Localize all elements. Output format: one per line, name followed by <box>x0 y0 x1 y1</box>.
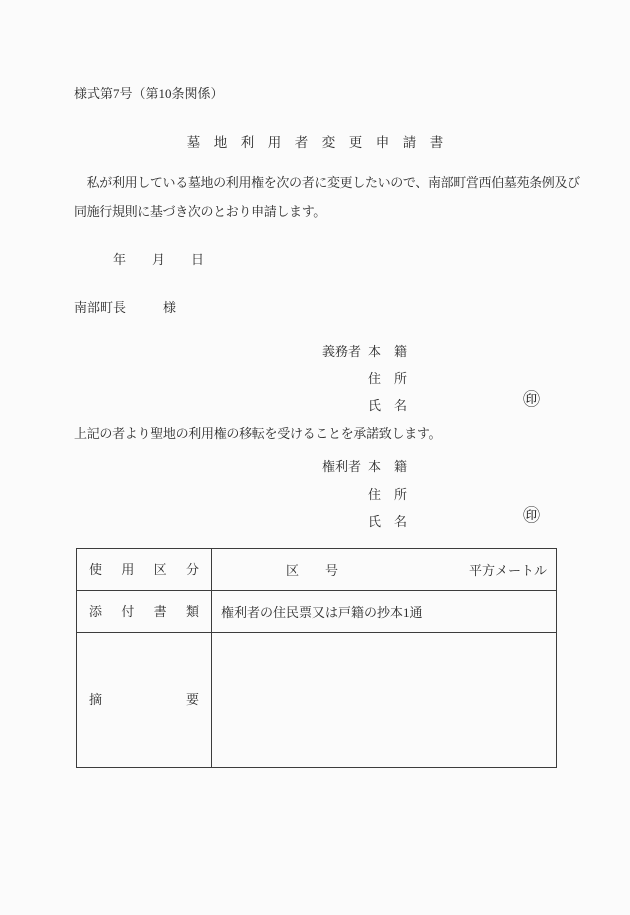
obligor-address-label: 住 所 <box>368 368 407 387</box>
rights-holder-address-label: 住 所 <box>368 484 407 503</box>
application-table: 使用区分 区 号 平方メートル 添付書類 権利者の住民票又は戸籍の抄本1通 摘要 <box>76 548 557 768</box>
usage-category-header-cell: 使用区分 <box>77 549 212 591</box>
obligor-domicile-label: 本 籍 <box>368 341 407 360</box>
obligor-seal-icon: ㊞ <box>523 391 540 408</box>
addressee-honorific: 様 <box>163 297 176 316</box>
rights-holder-seal-icon: ㊞ <box>523 507 540 524</box>
obligor-role-label: 義務者 <box>322 341 361 360</box>
obligor-name-label: 氏 名 <box>368 395 407 414</box>
section-number-label: 区 号 <box>286 560 338 579</box>
addressee-name: 南部町長 <box>74 297 126 316</box>
rights-holder-name-label: 氏 名 <box>368 511 407 530</box>
remarks-content-cell <box>212 633 556 767</box>
attachments-content-cell: 権利者の住民票又は戸籍の抄本1通 <box>212 591 556 633</box>
date-line: 年 月 日 <box>113 249 204 268</box>
rights-holder-domicile-label: 本 籍 <box>368 456 407 475</box>
document-page: 様式第7号（第10条関係） 墓 地 利 用 者 変 更 申 請 書 私が利用して… <box>0 0 630 915</box>
document-title: 墓 地 利 用 者 変 更 申 請 書 <box>0 131 630 151</box>
body-paragraph-line-2: 同施行規則に基づき次のとおり申請します。 <box>74 201 326 220</box>
consent-statement: 上記の者より聖地の利用権の移転を受けることを承諾致します。 <box>74 423 441 442</box>
form-number: 様式第7号（第10条関係） <box>74 83 224 102</box>
square-meter-label: 平方メートル <box>469 560 547 579</box>
body-paragraph-line-1: 私が利用している墓地の利用権を次の者に変更したいので、南部町営西伯墓苑条例及び <box>74 172 580 191</box>
attachments-header-cell: 添付書類 <box>77 591 212 633</box>
rights-holder-role-label: 権利者 <box>322 456 361 475</box>
addressee: 南部町長 様 <box>74 297 176 316</box>
remarks-header-cell: 摘要 <box>77 633 212 767</box>
section-number-cell: 区 号 平方メートル <box>212 549 556 591</box>
